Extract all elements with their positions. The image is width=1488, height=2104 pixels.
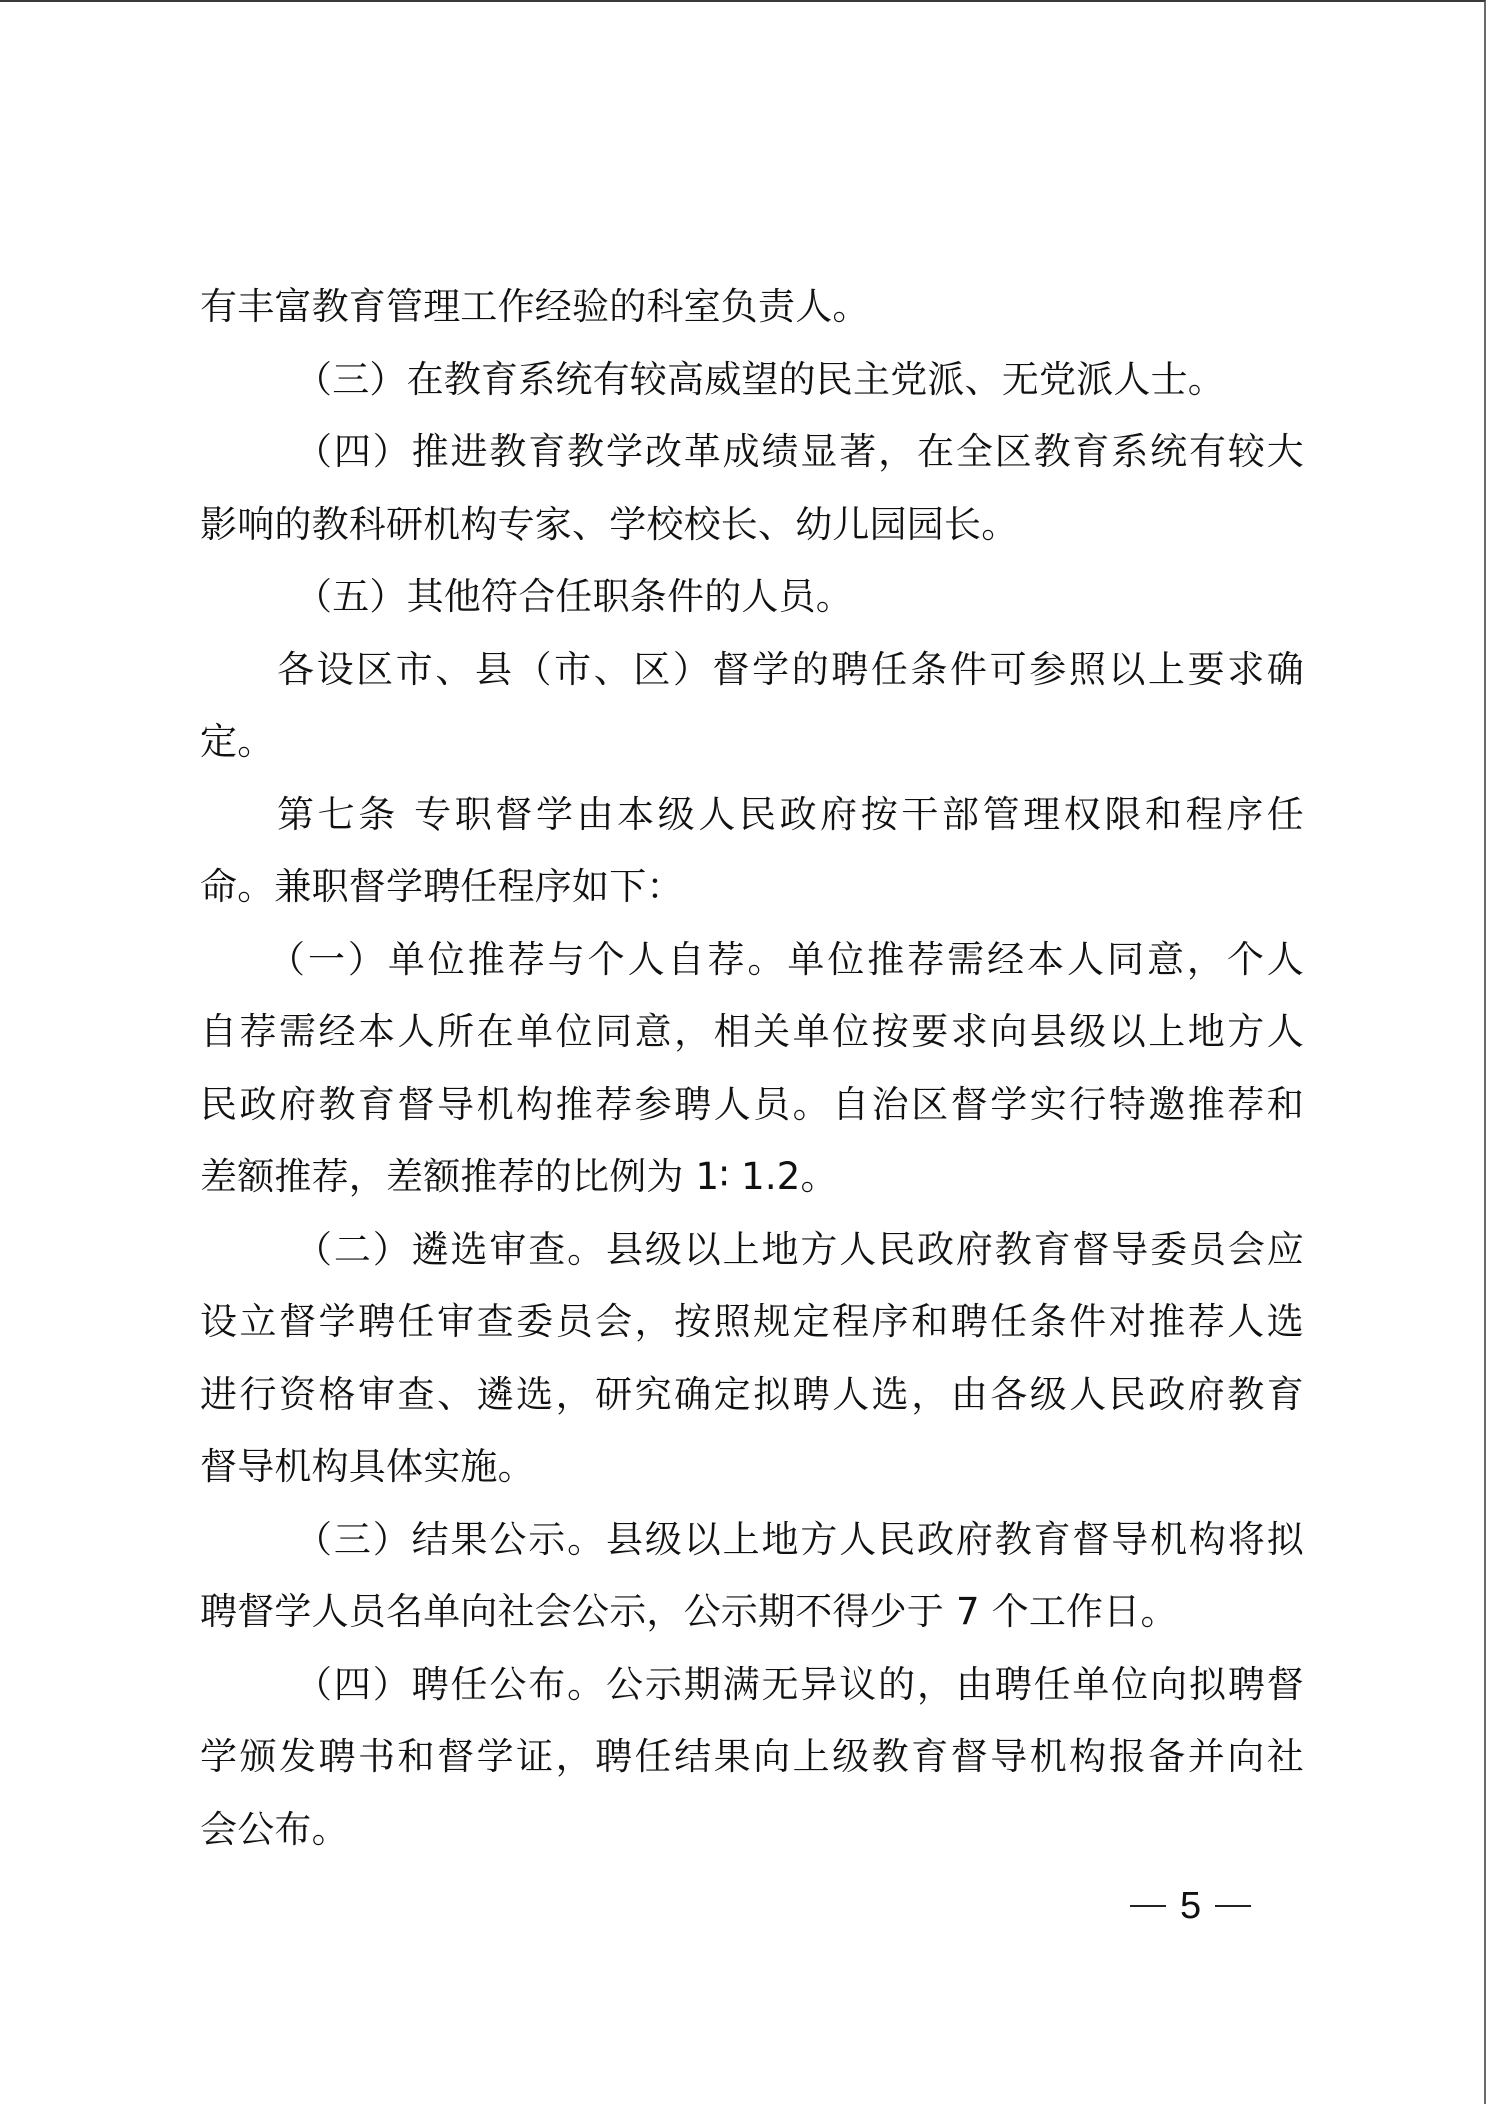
text-line: （三）在教育系统有较高威望的民主党派、无党派人士。 — [295, 350, 1304, 410]
text-line: （一）单位推荐与个人自荐。单位推荐需经本人同意，个人 — [268, 930, 1304, 990]
document-page: 有丰富教育管理工作经验的科室负责人。 （三）在教育系统有较高威望的民主党派、无党… — [0, 0, 1486, 2104]
text-line: （二）遴选审查。县级以上地方人民政府教育督导委员会应 — [295, 1220, 1304, 1280]
text-line: （三）结果公示。县级以上地方人民政府教育督导机构将拟 — [295, 1510, 1304, 1570]
text-line: 各设区市、县（市、区）督学的聘任条件可参照以上要求确 — [277, 640, 1304, 700]
dash-left — [1130, 1905, 1166, 1907]
text-line: 学颁发聘书和督学证，聘任结果向上级教育督导机构报备并向社 — [200, 1727, 1304, 1787]
text-line: 民政府教育督导机构推荐参聘人员。自治区督学实行特邀推荐和 — [200, 1075, 1304, 1135]
text-line: 第七条 专职督学由本级人民政府按干部管理权限和程序任 — [277, 785, 1304, 845]
text-line: 命。兼职督学聘任程序如下： — [200, 857, 1304, 917]
text-line: 自荐需经本人所在单位同意，相关单位按要求向县级以上地方人 — [200, 1002, 1304, 1062]
text-line: 定。 — [200, 712, 1304, 772]
text-line: 进行资格审查、遴选，研究确定拟聘人选，由各级人民政府教育 — [200, 1365, 1304, 1425]
text-line: 督导机构具体实施。 — [200, 1437, 1304, 1497]
text-line: （四）聘任公布。公示期满无异议的，由聘任单位向拟聘督 — [295, 1655, 1304, 1715]
dash-right — [1215, 1905, 1251, 1907]
text-line: 差额推荐，差额推荐的比例为 1∶ 1.2。 — [200, 1147, 1304, 1207]
text-line: 聘督学人员名单向社会公示，公示期不得少于 7 个工作日。 — [200, 1582, 1304, 1642]
text-line: 设立督学聘任审查委员会，按照规定程序和聘任条件对推荐人选 — [200, 1292, 1304, 1352]
text-line: 有丰富教育管理工作经验的科室负责人。 — [200, 277, 1304, 337]
page-number-value: 5 — [1180, 1878, 1201, 1934]
page-number: 5 — [1130, 1878, 1251, 1934]
text-line: （四）推进教育教学改革成绩显著，在全区教育系统有较大 — [295, 422, 1304, 482]
text-line: （五）其他符合任职条件的人员。 — [295, 567, 1304, 627]
text-line: 影响的教科研机构专家、学校校长、幼儿园园长。 — [200, 495, 1304, 555]
text-line: 会公布。 — [200, 1800, 1304, 1860]
